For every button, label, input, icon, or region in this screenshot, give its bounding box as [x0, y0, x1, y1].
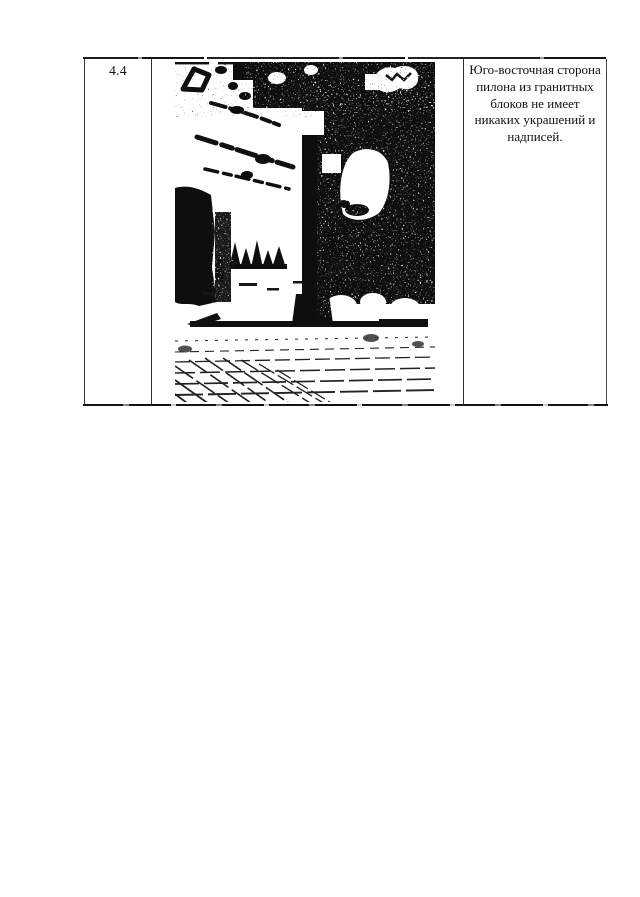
- description-line: никаких украшений и: [466, 112, 604, 129]
- photo-cell: [152, 59, 464, 405]
- description-line: блоков не имеет: [466, 96, 604, 113]
- inventory-table: 4.4: [84, 59, 607, 405]
- monument-photo: [175, 62, 435, 402]
- description-line: надписей.: [466, 129, 604, 146]
- row-number: 4.4: [109, 63, 127, 78]
- description-line: Юго-восточная сторона: [466, 62, 604, 79]
- document-page: 4.4: [0, 0, 640, 897]
- row-description-cell: Юго-восточная сторона пилона из гранитны…: [464, 59, 606, 405]
- row-number-cell: 4.4: [85, 59, 152, 405]
- description-line: пилона из гранитных: [466, 79, 604, 96]
